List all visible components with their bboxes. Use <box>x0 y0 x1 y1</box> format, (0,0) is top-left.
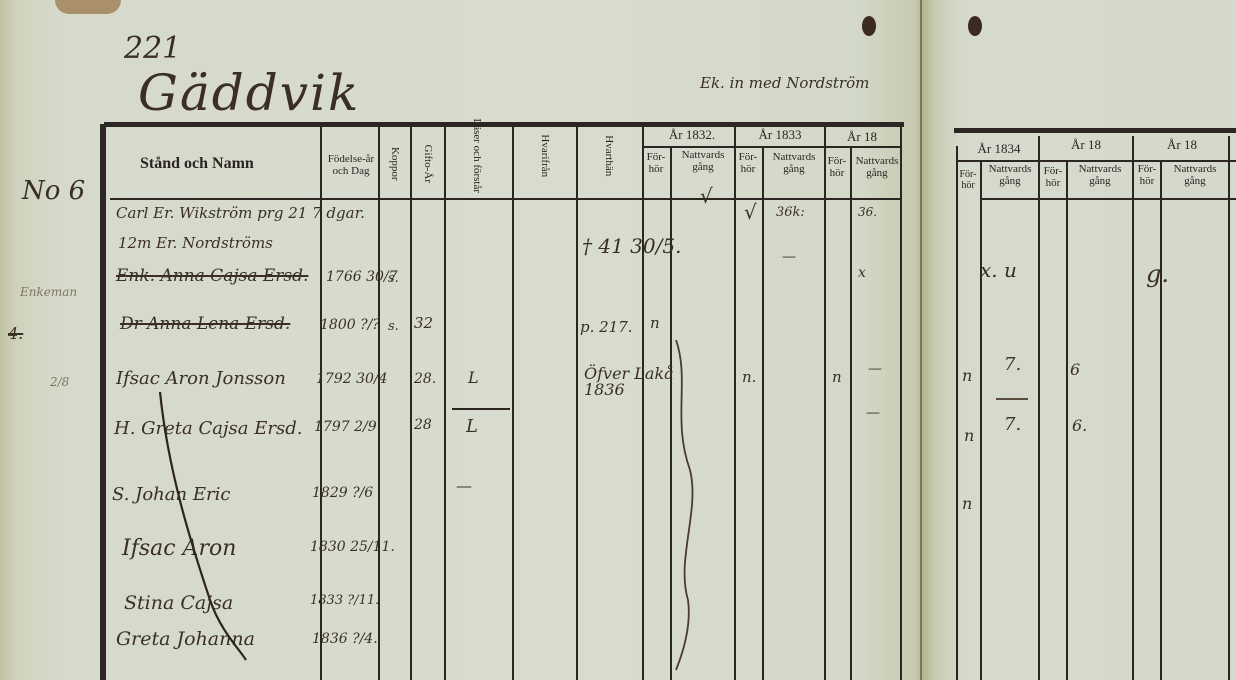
col-rule <box>1132 136 1134 680</box>
col-rule <box>1066 160 1068 680</box>
col-rule <box>1228 136 1230 680</box>
forhor-1834: n <box>962 368 972 384</box>
nattvard-18-col2: 6. <box>1072 418 1087 434</box>
header-year-18: År 18 <box>1138 138 1226 152</box>
header-forhor: För-hör <box>956 170 980 191</box>
header-forhor: För-hör <box>1134 164 1160 187</box>
header-year-1834: År 1834 <box>960 142 1038 156</box>
col-rule <box>1038 136 1040 680</box>
col-rule <box>980 160 982 680</box>
nattvard-1834: x. u <box>980 260 1017 280</box>
forhor-1834: n <box>964 428 974 444</box>
nattvard-rule <box>996 398 1028 400</box>
header-nattvard: Nattvards gång <box>1068 164 1132 187</box>
header-nattvard: Nattvards gång <box>1162 164 1228 187</box>
table-top-border <box>954 128 1236 133</box>
year-subheader-rule <box>958 160 1236 162</box>
header-bottom-rule <box>980 198 1236 200</box>
nattvard-18-col3: g. <box>1146 262 1169 286</box>
nattvard-1834: 7. <box>1004 416 1021 434</box>
ink-strokes <box>0 0 1236 680</box>
nattvard-18-col2: 6 <box>1070 362 1080 378</box>
header-forhor: För-hör <box>1040 166 1066 189</box>
header-year-18: År 18 <box>1044 138 1128 152</box>
forhor-1834: n <box>962 496 972 512</box>
col-rule <box>1160 160 1162 680</box>
header-nattvard: Nattvards gång <box>982 164 1038 187</box>
nattvard-1834: 7. <box>1004 356 1021 374</box>
col-rule <box>956 146 958 680</box>
